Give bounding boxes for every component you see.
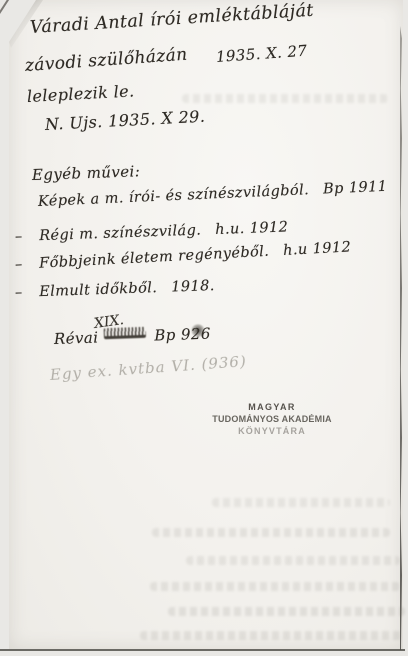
section-heading-other-works: Egyéb művei:	[32, 162, 141, 184]
scanned-card-page: { "page": { "kind": "Scanned handwritten…	[0, 0, 408, 656]
work-ref: h.u. 1912	[215, 219, 289, 238]
library-stamp: MAGYAR TUDOMÁNYOS AKADÉMIA KÖNYVTÁRA	[208, 401, 336, 437]
crossed-out-scribble	[104, 327, 146, 339]
stamp-line-akademia: TUDOMÁNYOS AKADÉMIA	[208, 413, 336, 425]
bleedthrough-line	[182, 94, 388, 103]
bleedthrough-line	[168, 607, 405, 616]
fold-crease-line	[0, 0, 10, 43]
bleedthrough-line	[186, 556, 400, 565]
bleedthrough-line	[150, 582, 400, 591]
bleedthrough-line	[212, 498, 390, 507]
stamp-line-magyar: MAGYAR	[208, 401, 336, 413]
ink-smudge	[191, 324, 205, 337]
work-ref: 1918.	[171, 278, 215, 296]
revai-label: Révai	[54, 328, 99, 348]
list-dash: –	[15, 285, 23, 301]
list-dash: –	[15, 257, 23, 273]
bleedthrough-line	[140, 631, 402, 640]
work-ref: Bp 1911	[323, 179, 388, 198]
list-dash: –	[15, 229, 23, 245]
stamp-line-konyvtara: KÖNYVTÁRA	[208, 425, 336, 437]
card-bottom-edge	[0, 649, 405, 651]
bleedthrough-line	[152, 528, 390, 537]
